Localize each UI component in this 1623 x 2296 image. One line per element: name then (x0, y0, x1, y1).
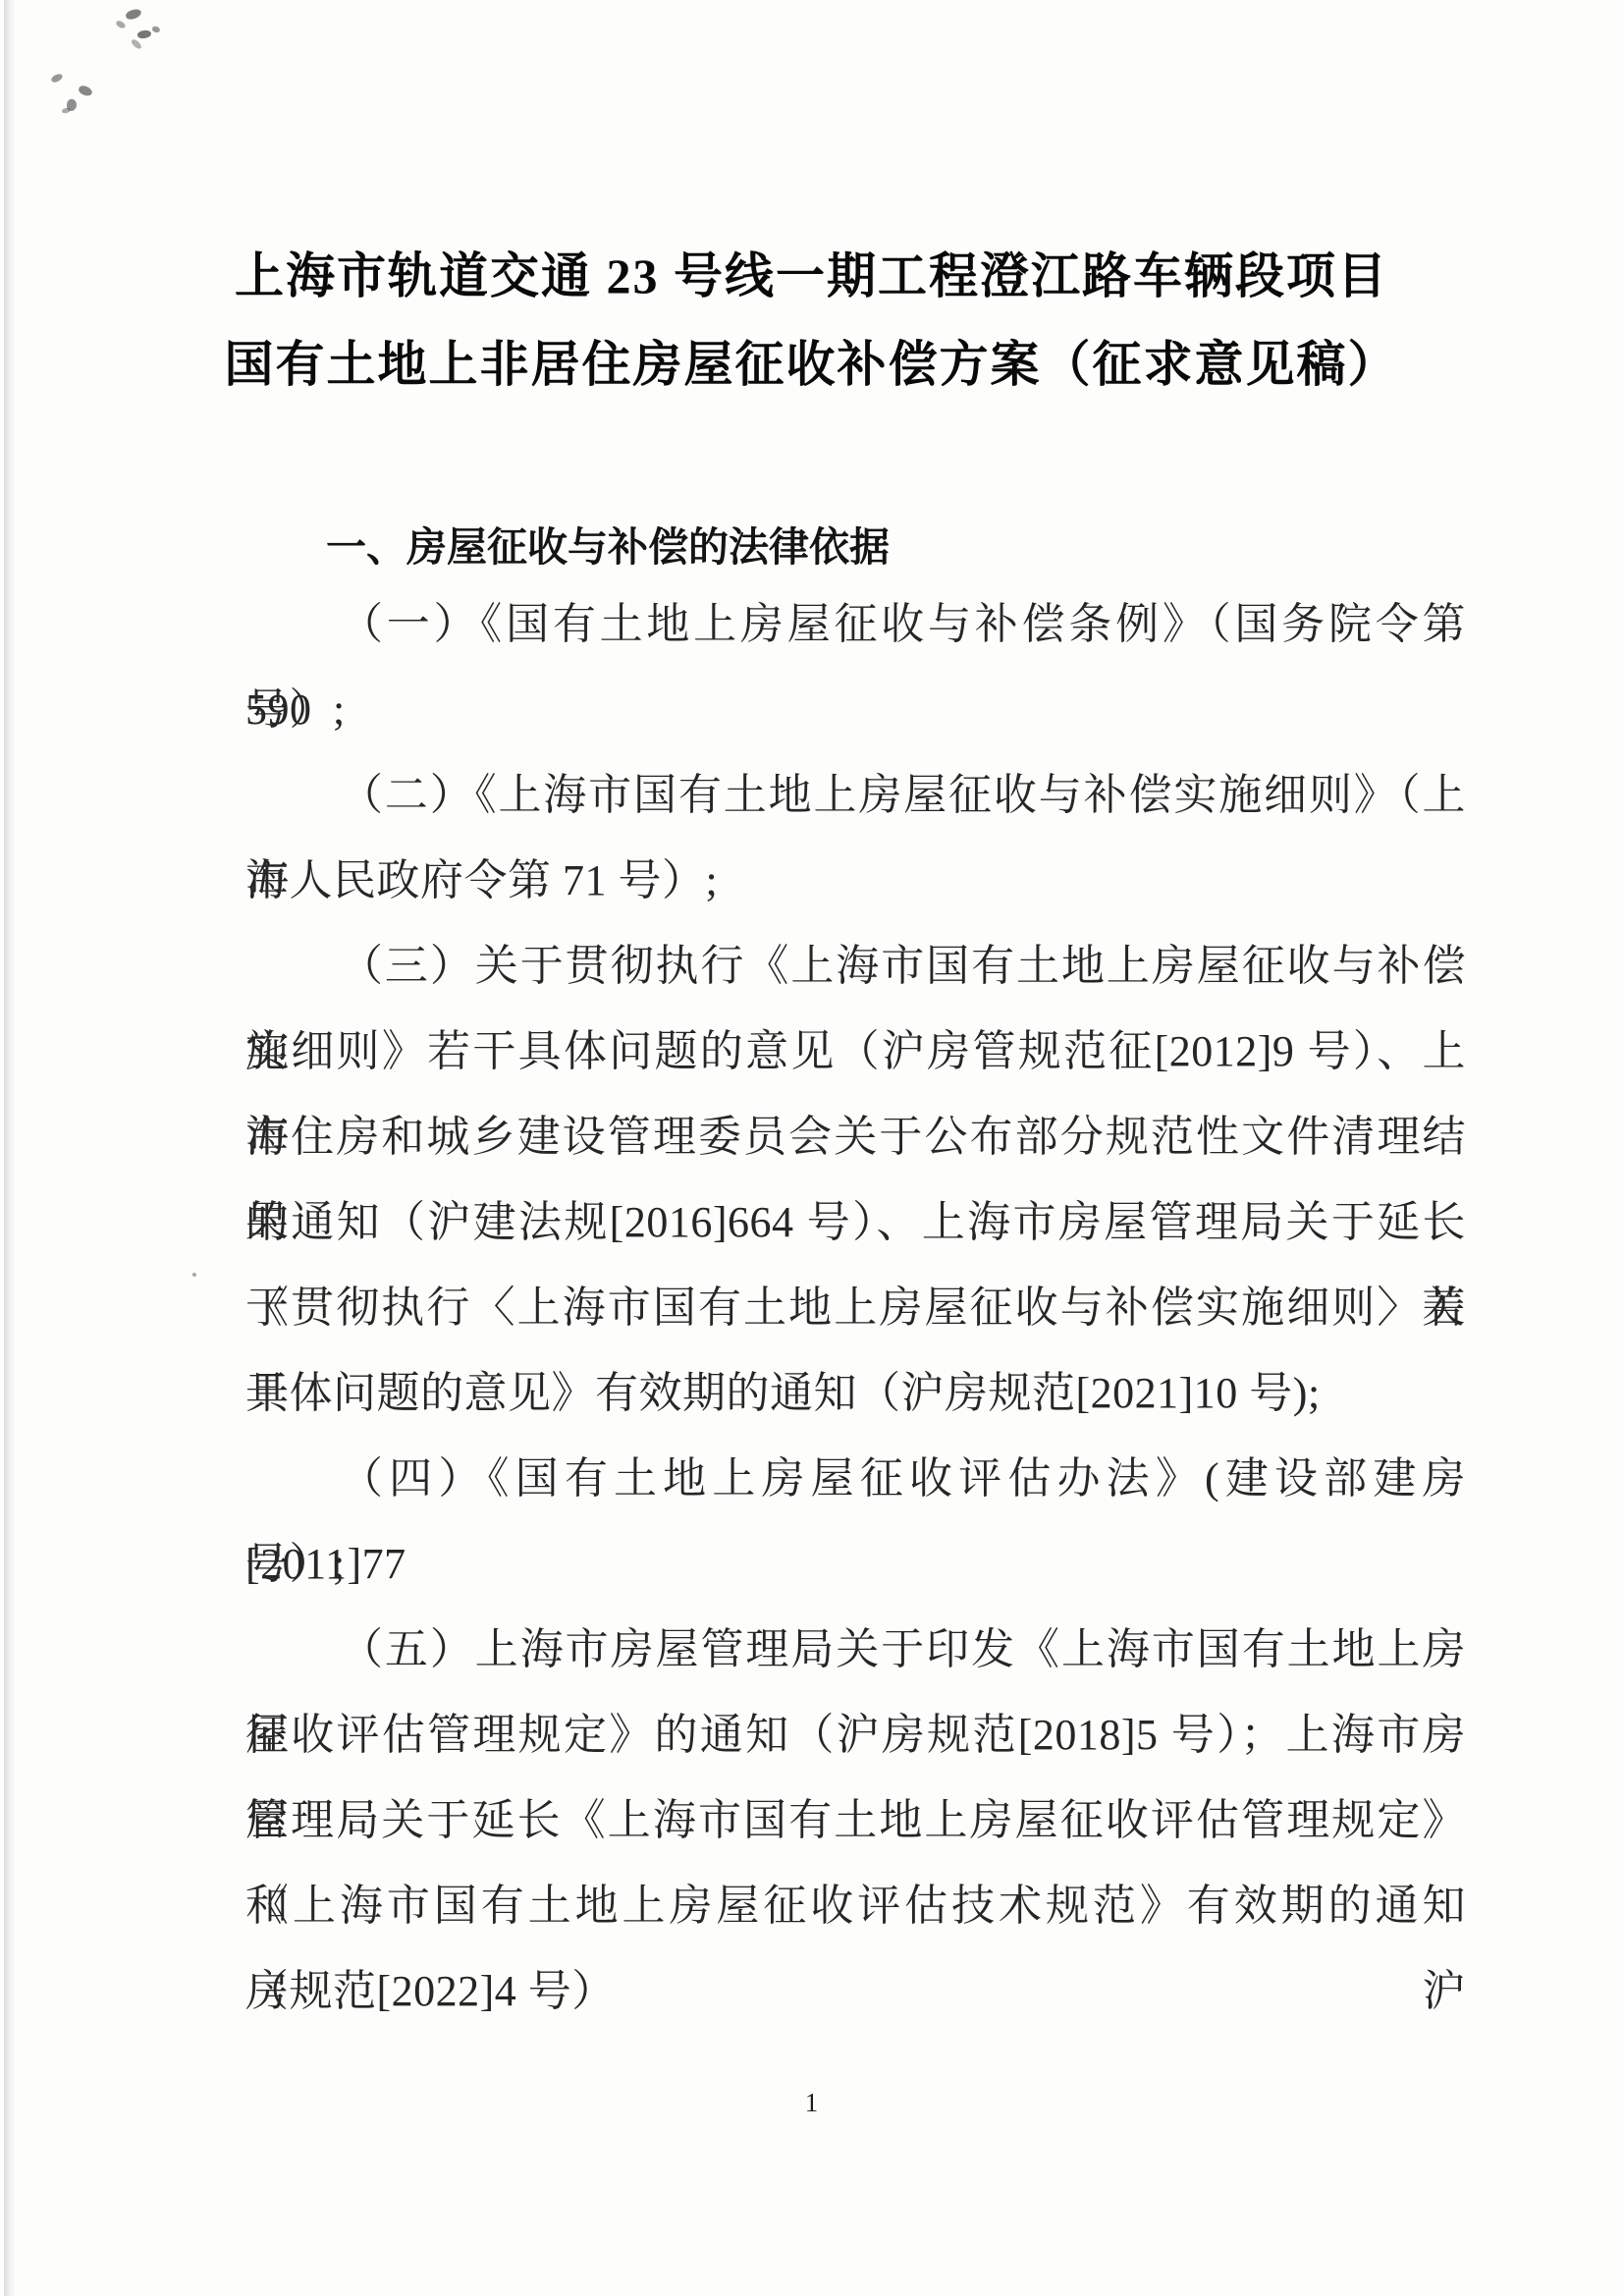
ink-speck (78, 84, 93, 97)
body-line: （三）关于贯彻执行《上海市国有土地上房屋征收与补偿实 (245, 923, 1466, 1009)
document-title-line-1: 上海市轨道交通 23 号线一期工程澄江路车辆段项目 (0, 232, 1623, 320)
document-title: 上海市轨道交通 23 号线一期工程澄江路车辆段项目 国有土地上非居住房屋征收补偿… (0, 232, 1623, 409)
document-title-line-2: 国有土地上非居住房屋征收补偿方案（征求意见稿） (0, 320, 1623, 409)
ink-speck (125, 8, 142, 22)
body-line: 于贯彻执行〈上海市国有土地上房屋征收与补偿实施细则〉若干 (245, 1265, 1466, 1350)
body-line: （二）《上海市国有土地上房屋征收与补偿实施细则》（上海 (245, 752, 1466, 838)
ink-speck (62, 107, 72, 114)
body-line: 《上海市国有土地上房屋征收评估技术规范》有效期的通知（沪 (245, 1863, 1466, 1948)
ink-speck (115, 20, 127, 29)
body-text: （一）《国有土地上房屋征收与补偿条例》（国务院令第 590号）;（二）《上海市国… (245, 581, 1466, 2034)
body-line: 号）; (245, 667, 1466, 752)
body-line: （五）上海市房屋管理局关于印发《上海市国有土地上房屋 (245, 1607, 1466, 1692)
body-line: 号）; (245, 1521, 1466, 1607)
body-line: 市住房和城乡建设管理委员会关于公布部分规范性文件清理结果 (245, 1094, 1466, 1179)
ink-speck (192, 1273, 196, 1277)
page-number: 1 (0, 2088, 1623, 2118)
body-line: 施细则》若干具体问题的意见（沪房管规范征[2012]9 号）、上海 (245, 1009, 1466, 1094)
ink-speck (151, 26, 160, 33)
ink-speck (136, 29, 151, 39)
body-line: 的通知（沪建法规[2016]664 号）、上海市房屋管理局关于延长《关 (245, 1179, 1466, 1265)
ink-speck (50, 72, 64, 83)
body-line: 管理局关于延长《上海市国有土地上房屋征收评估管理规定》和 (245, 1777, 1466, 1863)
body-line: 具体问题的意见》有效期的通知（沪房规范[2021]10 号); (245, 1350, 1466, 1436)
body-line: 征收评估管理规定》的通知（沪房规范[2018]5 号）；上海市房屋 (245, 1692, 1466, 1777)
body-line: （四）《国有土地上房屋征收评估办法》(建设部建房[2011]77 (245, 1436, 1466, 1521)
section-heading: 一、房屋征收与补偿的法律依据 (245, 513, 1466, 581)
body-line: （一）《国有土地上房屋征收与补偿条例》（国务院令第 590 (245, 581, 1466, 667)
ink-speck (130, 38, 142, 50)
document-page: 上海市轨道交通 23 号线一期工程澄江路车辆段项目 国有土地上非居住房屋征收补偿… (0, 0, 1623, 2296)
body-line: 市人民政府令第 71 号）; (245, 838, 1466, 923)
